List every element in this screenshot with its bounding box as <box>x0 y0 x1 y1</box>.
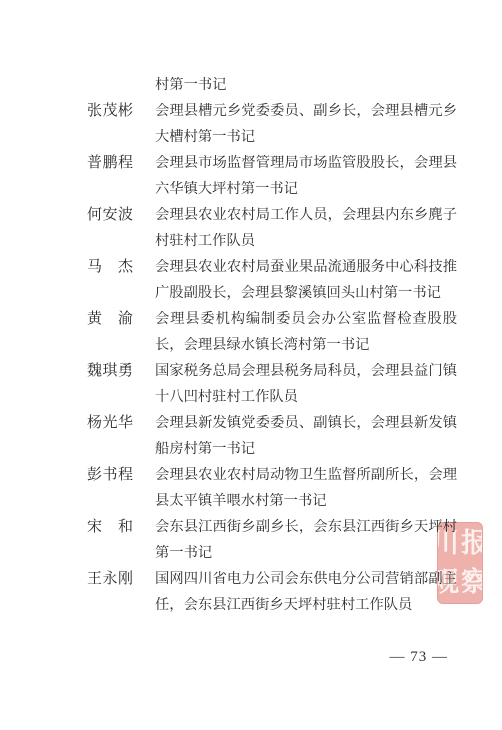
entry-description: 会理县新发镇党委委员、副镇长，会理县新发镇船房村第一书记 <box>155 410 457 462</box>
entry-name: 宋 和 <box>87 514 155 540</box>
entry-name: 张茂彬 <box>87 98 155 124</box>
entry-row: 张茂彬会理县槽元乡党委委员、副乡长，会理县槽元乡大槽村第一书记 <box>87 98 459 150</box>
entry-description: 国网四川省电力公司会东供电分公司营销部副主任，会东县江西街乡天坪村驻村工作队员 <box>155 566 457 618</box>
seal-char: 察 <box>460 563 483 602</box>
entry-description: 会理县农业农村局动物卫生监督所副所长，会理县太平镇羊喂水村第一书记 <box>155 462 457 514</box>
entry-description: 会理县槽元乡党委委员、副乡长，会理县槽元乡大槽村第一书记 <box>155 98 457 150</box>
entry-description: 会理县委机构编制委员会办公室监督检查股股长，会理县绿水镇长湾村第一书记 <box>155 306 457 358</box>
continuation-text: 村第一书记 <box>155 72 457 98</box>
entry-name: 彭书程 <box>87 462 155 488</box>
entry-name: 马 杰 <box>87 254 155 280</box>
entry-name: 杨光华 <box>87 410 155 436</box>
page-number: — 73 — <box>390 648 449 666</box>
entry-row: 黄 渝会理县委机构编制委员会办公室监督检查股股长，会理县绿水镇长湾村第一书记 <box>87 306 459 358</box>
entry-name: 何安波 <box>87 202 155 228</box>
entry-row: 王永刚国网四川省电力公司会东供电分公司营销部副主任，会东县江西街乡天坪村驻村工作… <box>87 566 459 618</box>
entry-row: 魏琪勇国家税务总局会理县税务局科员，会理县益门镇十八凹村驻村工作队员 <box>87 358 459 410</box>
entry-row: 彭书程会理县农业农村局动物卫生监督所副所长，会理县太平镇羊喂水村第一书记 <box>87 462 459 514</box>
entry-description: 会理县市场监督管理局市场监管股股长，会理县六华镇大坪村第一书记 <box>155 150 457 202</box>
entry-row: 杨光华会理县新发镇党委委员、副镇长，会理县新发镇船房村第一书记 <box>87 410 459 462</box>
entry-row: 普鹏程会理县市场监督管理局市场监管股股长，会理县六华镇大坪村第一书记 <box>87 150 459 202</box>
seal-char: 报 <box>460 524 483 563</box>
entry-description: 会理县农业农村局工作人员，会理县内东乡麂子村驻村工作队员 <box>155 202 457 254</box>
entry-name: 黄 渝 <box>87 306 155 332</box>
continuation-row: 村第一书记 <box>87 72 459 98</box>
entry-name: 普鹏程 <box>87 150 155 176</box>
entry-row: 马 杰会理县农业农村局蚕业果品流通服务中心科技推广股副股长，会理县黎溪镇回头山村… <box>87 254 459 306</box>
entry-description: 国家税务总局会理县税务局科员，会理县益门镇十八凹村驻村工作队员 <box>155 358 457 410</box>
appointment-list: 村第一书记 张茂彬会理县槽元乡党委委员、副乡长，会理县槽元乡大槽村第一书记普鹏程… <box>87 72 459 618</box>
entry-row: 宋 和会东县江西街乡副乡长，会东县江西街乡天坪村第一书记 <box>87 514 459 566</box>
entry-name: 王永刚 <box>87 566 155 592</box>
entry-name: 魏琪勇 <box>87 358 155 384</box>
entry-description: 会理县农业农村局蚕业果品流通服务中心科技推广股副股长，会理县黎溪镇回头山村第一书… <box>155 254 457 306</box>
document-page: 川 报 观 察 村第一书记 张茂彬会理县槽元乡党委委员、副乡长，会理县槽元乡大槽… <box>0 0 502 730</box>
entry-description: 会东县江西街乡副乡长，会东县江西街乡天坪村第一书记 <box>155 514 457 566</box>
entry-row: 何安波会理县农业农村局工作人员，会理县内东乡麂子村驻村工作队员 <box>87 202 459 254</box>
